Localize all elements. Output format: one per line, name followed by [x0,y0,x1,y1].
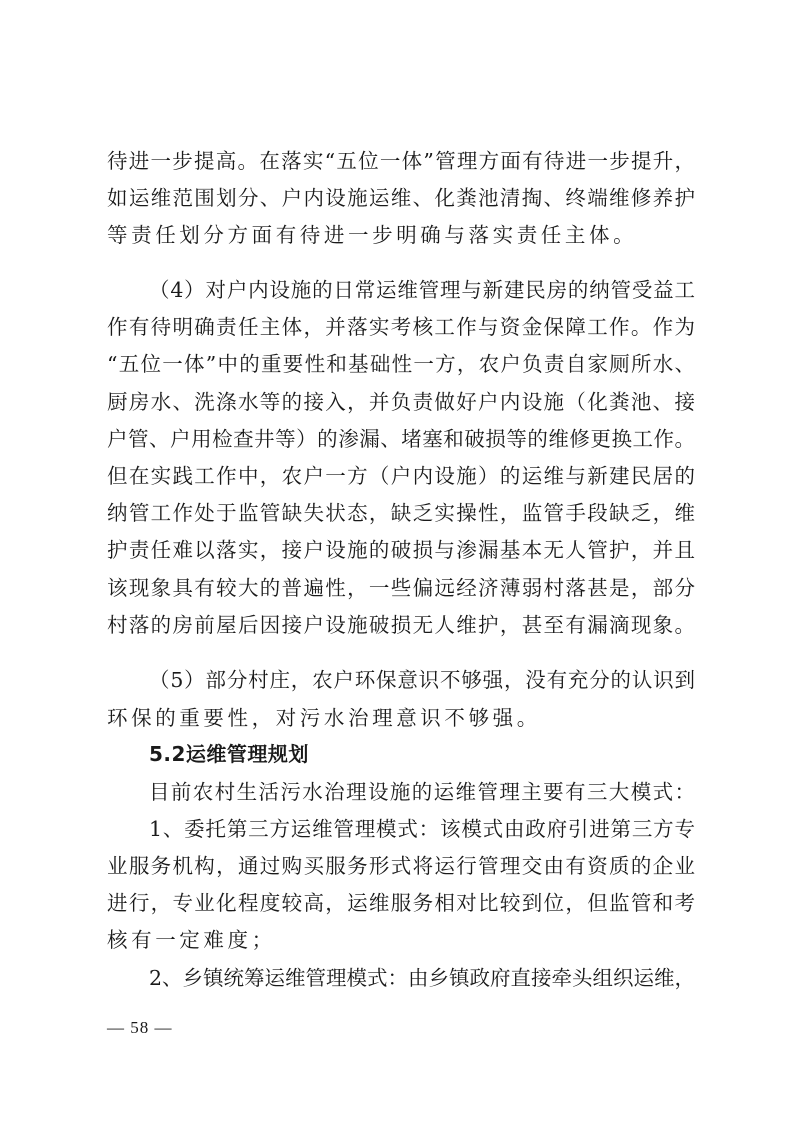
text-line: 作有待明确责任主体，并落实考核工作与资金保障工作。作为 [107,309,695,346]
text-line: 纳管工作处于监管缺失状态，缺乏实操性，监管手段缺乏，维 [107,495,695,532]
text-line: 目前农村生活污水治理设施的运维管理主要有三大模式： [149,774,695,811]
page-number: — 58 — [107,1018,173,1038]
text-line: 2、乡镇统筹运维管理模式：由乡镇政府直接牵头组织运维， [149,960,695,997]
text-line: 厨房水、洗涤水等的接入，并负责做好户内设施（化粪池、接 [107,384,695,421]
section-heading: 5.2运维管理规划 [149,736,695,773]
text-line: 环保的重要性，对污水治理意识不够强。 [107,700,695,737]
text-line: （4）对户内设施的日常运维管理与新建民房的纳管受益工 [149,272,695,309]
document-page: 待进一步提高。在落实“五位一体”管理方面有待进一步提升，如运维范围划分、户内设施… [0,0,793,1122]
text-line: 业服务机构，通过购买服务形式将运行管理交由有资质的企业 [107,848,695,885]
text-line: 待进一步提高。在落实“五位一体”管理方面有待进一步提升， [107,143,695,180]
text-line: 护责任难以落实，接户设施的破损与渗漏基本无人管护，并且 [107,532,695,569]
text-line: 等责任划分方面有待进一步明确与落实责任主体。 [107,217,695,254]
text-line: 该现象具有较大的普遍性，一些偏远经济薄弱村落甚是，部分 [107,570,695,607]
text-line: 核有一定难度； [107,922,695,959]
text-line: 进行，专业化程度较高，运维服务相对比较到位，但监管和考 [107,885,695,922]
text-line: “五位一体”中的重要性和基础性一方，农户负责自家厕所水、 [107,346,695,383]
text-line: 如运维范围划分、户内设施运维、化粪池清掏、终端维修养护 [107,180,695,217]
text-line: 村落的房前屋后因接户设施破损无人维护，甚至有漏滴现象。 [107,607,695,644]
text-line: 户管、户用检查井等）的渗漏、堵塞和破损等的维修更换工作。 [107,421,695,458]
text-line: 但在实践工作中，农户一方（户内设施）的运维与新建民居的 [107,458,695,495]
text-line: 1、委托第三方运维管理模式：该模式由政府引进第三方专 [149,811,695,848]
text-line: （5）部分村庄，农户环保意识不够强，没有充分的认识到 [149,662,695,699]
